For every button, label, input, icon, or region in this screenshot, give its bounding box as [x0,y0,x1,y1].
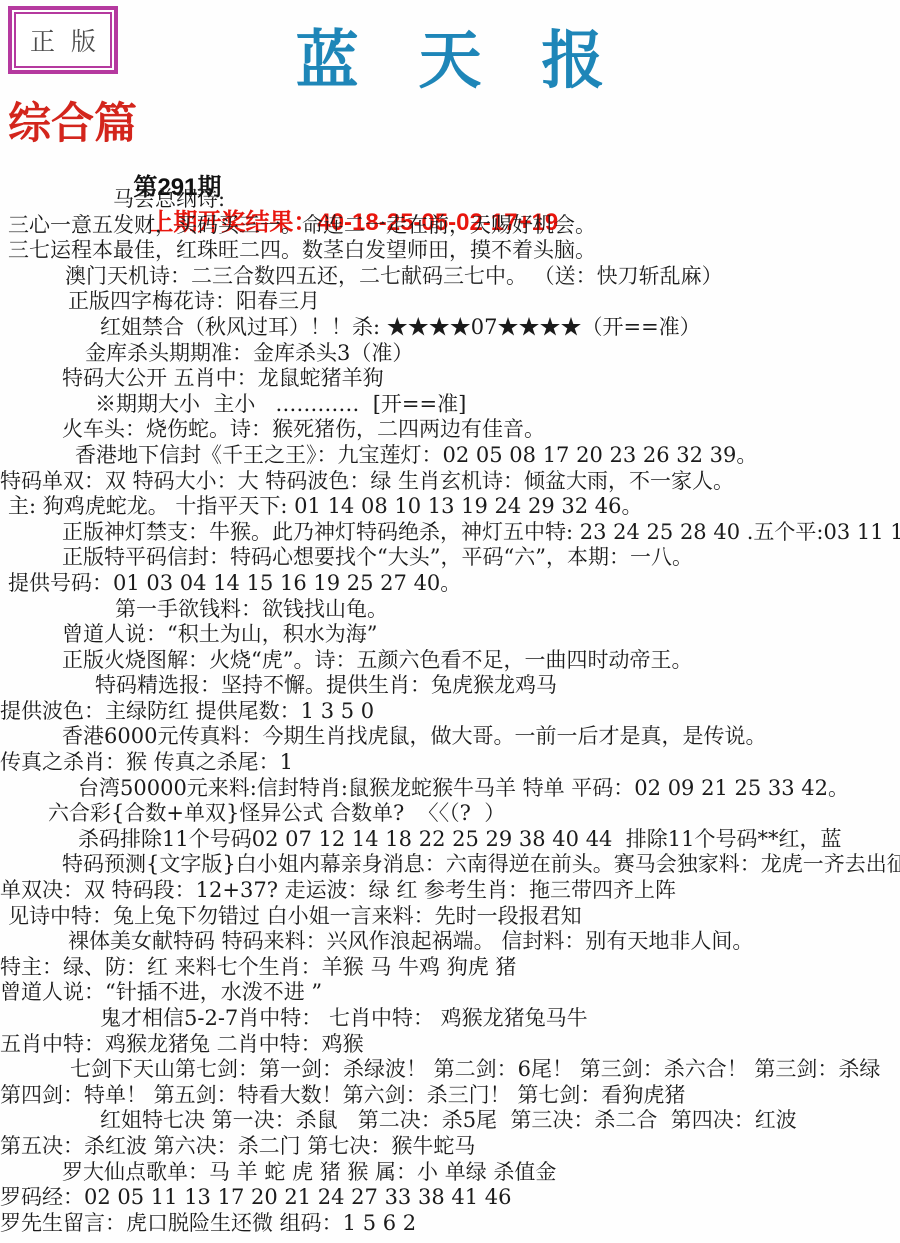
report-line: 曾道人说：“针插不进，水泼不进 ” [0,980,900,1006]
section-title: 综合篇 [8,90,137,151]
report-line: 第四剑：特单！ 第五剑：特看大数！第六剑：杀三门！ 第七剑：看狗虎猪 [0,1083,900,1109]
report-line: 七剑下天山第七剑：第一剑：杀绿波！ 第二剑：6尾！ 第三剑：杀六合！ 第三剑：杀… [0,1057,900,1083]
report-line: 香港地下信封《千王之王》：九宝莲灯：02 05 08 17 20 23 26 3… [0,443,900,469]
tips-list: 马会总纲诗:三心一意五发财，买码买三一。命连二一走在前，天赐好机会。三七运程本最… [0,187,900,1236]
report-line: 鬼才相信5-2-7肖中特： 七肖中特： 鸡猴龙猪兔马牛 [0,1006,900,1032]
report-line: 特码大公开 五肖中：龙鼠蛇猪羊狗 [0,366,900,392]
report-line: 第一手欲钱料：欲钱找山龟。 [0,597,900,623]
report-line: 曾道人说：“积土为山，积水为海” [0,622,900,648]
report-line: 马会总纲诗: [0,187,900,213]
report-line: 传真之杀肖：猴 传真之杀尾：1 [0,750,900,776]
report-line: 杀码排除11个号码02 07 12 14 18 22 25 29 38 40 4… [0,827,900,853]
report-line: 五肖中特：鸡猴龙猪兔 二肖中特：鸡猴 [0,1032,900,1058]
report-line: 见诗中特：兔上兔下勿错过 白小姐一言来料：先时一段报君知 [0,904,900,930]
report-line: 单双决：双 特码段：12+37? 走运波：绿 红 参考生肖：拖三带四齐上阵 [0,878,900,904]
report-line: 特主：绿、防：红 来料七个生肖：羊猴 马 牛鸡 狗虎 猪 [0,955,900,981]
report-line: 香港6000元传真料：今期生肖找虎鼠，做大哥。一前一后才是真，是传说。 [0,724,900,750]
report-line: 三心一意五发财，买码买三一。命连二一走在前，天赐好机会。 [0,213,900,239]
report-line: 台湾50000元来料:信封特肖:鼠猴龙蛇猴牛马羊 特单 平码：02 09 21 … [0,776,900,802]
report-line: 正版神灯禁支：牛猴。此乃神灯特码绝杀，神灯五中特: 23 24 25 28 40… [0,520,900,546]
report-line: 第五决：杀红波 第六决：杀二门 第七决：猴牛蛇马 [0,1134,900,1160]
report-line: 三七运程本最佳，红珠旺二四。数茎白发望师田，摸不着头脑。 [0,238,900,264]
report-line: 裸体美女献特码 特码来料：兴风作浪起祸端。 信封料：别有天地非人间。 [0,929,900,955]
report-line: 罗大仙点歌单：马 羊 蛇 虎 猪 猴 属：小 单绿 杀值金 [0,1160,900,1186]
report-line: 提供号码：01 03 04 14 15 16 19 25 27 40。 [0,571,900,597]
report-line: 正版火烧图解：火烧“虎”。诗：五颜六色看不足，一曲四时动帝王。 [0,648,900,674]
report-line: 主: 狗鸡虎蛇龙。 十指平天下: 01 14 08 10 13 19 24 29… [0,494,900,520]
report-line: ※期期大小 主小 ………… [开==准] [0,392,900,418]
report-line: 火车头：烧伤蛇。诗：猴死猪伤，二四两边有佳音。 [0,417,900,443]
report-line: 红姐禁合（秋风过耳）！！杀: ★★★★07★★★★（开==准） [0,315,900,341]
report-line: 特码单双：双 特码大小：大 特码波色：绿 生肖玄机诗：倾盆大雨，不一家人。 [0,469,900,495]
report-line: 金库杀头期期准：金库杀头3（准） [0,341,900,367]
report-line: 正版四字梅花诗：阳春三月 [0,289,900,315]
report-line: 特码精选报：坚持不懈。提供生肖：兔虎猴龙鸡马 [0,673,900,699]
report-line: 红姐特七决 第一决：杀鼠 第二决：杀5尾 第三决：杀二合 第四决：红波 [0,1108,900,1134]
report-line: 罗先生留言：虎口脱险生还微 组码：1 5 6 2 [0,1211,900,1237]
report-line: 特码预测{文字版}白小姐内幕亲身消息：六南得逆在前头。赛马会独家料：龙虎一齐去出… [0,852,900,878]
report-line: 提供波色：主绿防红 提供尾数：1 3 5 0 [0,699,900,725]
paper-title: 蓝 天 报 [0,10,900,101]
report-line: 六合彩{合数+单双}怪异公式 合数单? 〈〈（? ） [0,801,900,827]
report-line: 澳门天机诗：二三合数四五还，二七献码三七中。 （送：快刀斩乱麻） [0,264,900,290]
report-line: 正版特平码信封：特码心想要找个“大头”，平码“六”，本期：一八。 [0,545,900,571]
report-line: 罗码经：02 05 11 13 17 20 21 24 27 33 38 41 … [0,1185,900,1211]
